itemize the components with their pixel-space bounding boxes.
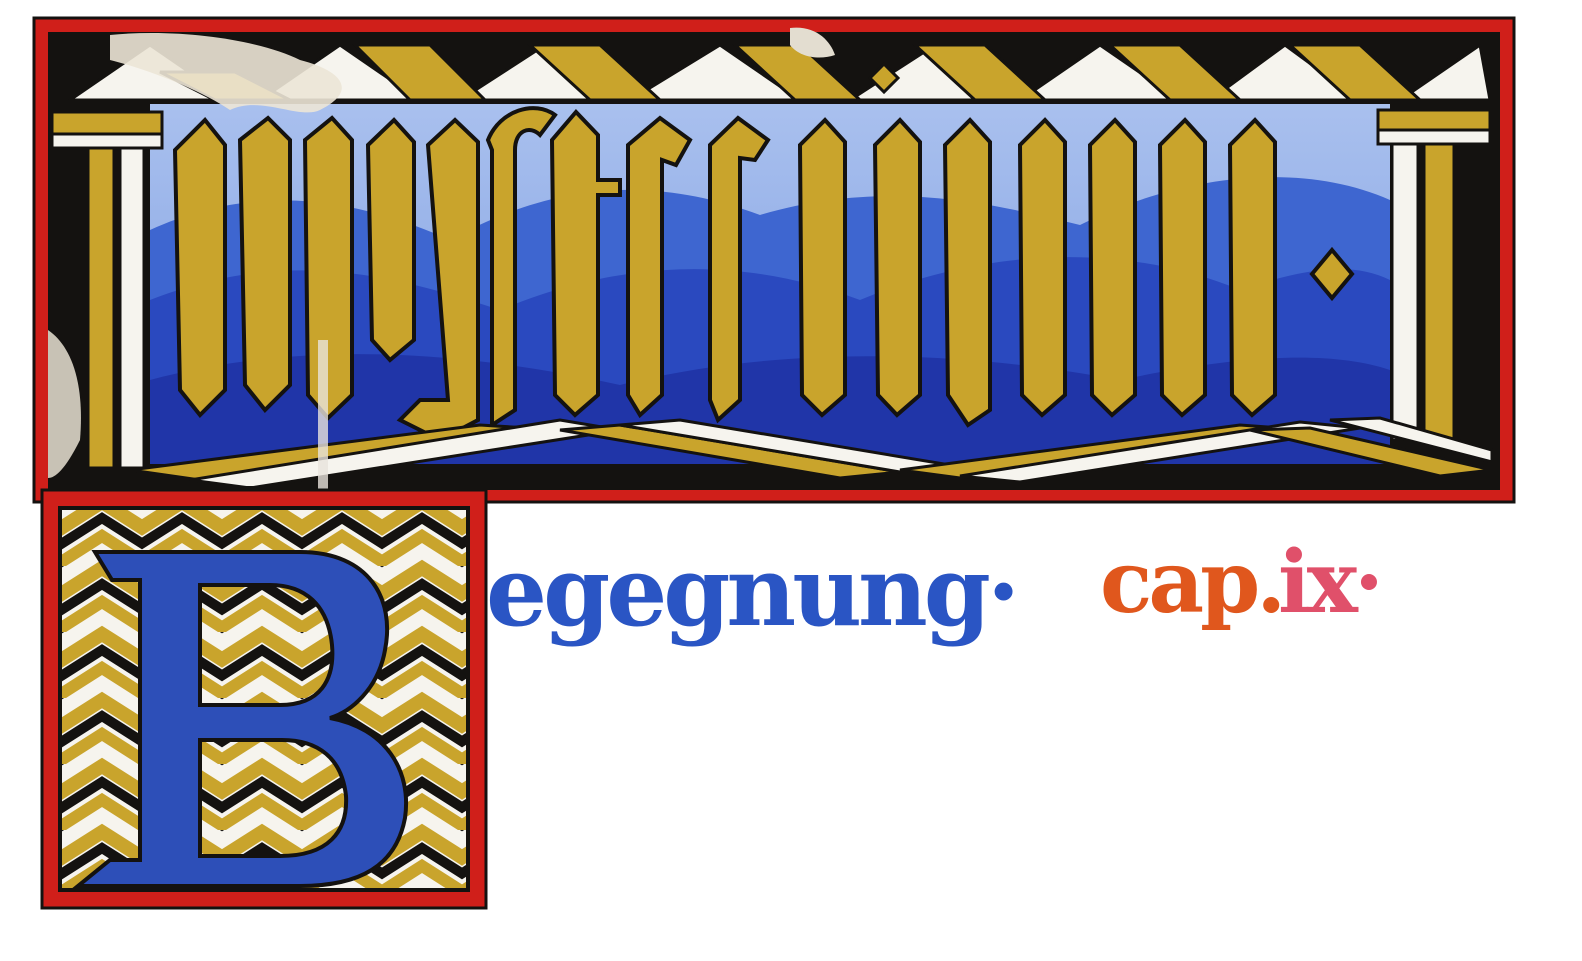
- rubric-line: egegnung· cap. ix·: [486, 532, 1380, 648]
- triangle-band: [48, 28, 1500, 113]
- title-banner: [34, 18, 1514, 502]
- initial-b-panel: [42, 490, 486, 908]
- rubric-word: egegnung·: [486, 535, 1016, 648]
- manuscript-artwork: egegnung· cap. ix·: [0, 0, 1582, 961]
- illuminated-manuscript: mysterium· mysterium· Begegnung· cap. ix…: [0, 0, 1582, 961]
- chapter-cap: cap.: [1100, 532, 1282, 633]
- chapter-number: ix·: [1278, 532, 1380, 633]
